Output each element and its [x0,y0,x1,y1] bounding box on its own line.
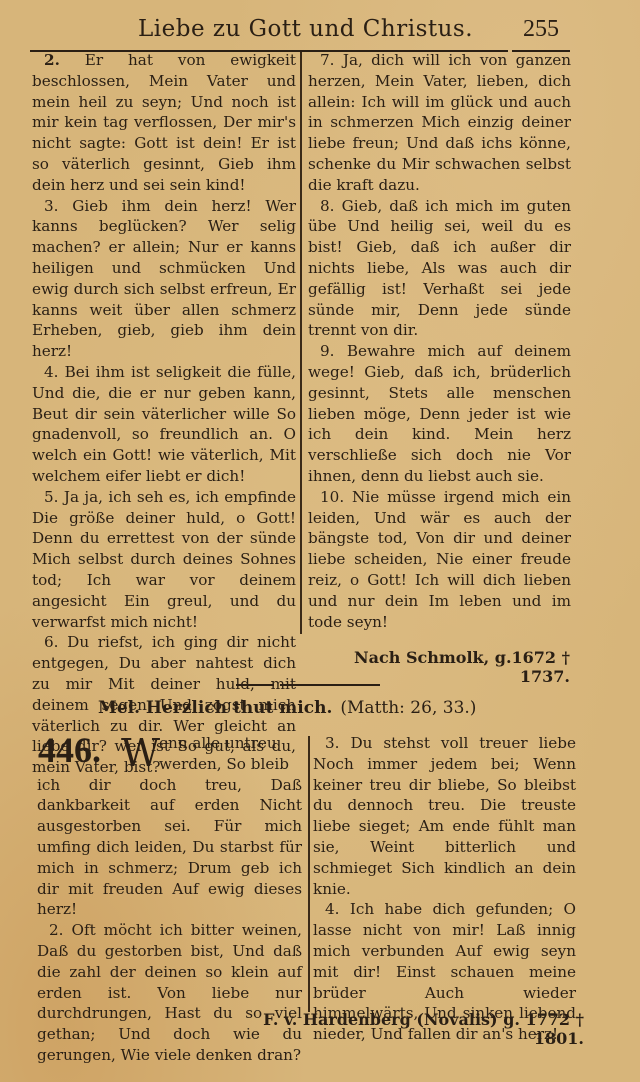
running-header: Liebe zu Gott und Christus. 255 [0,6,640,50]
column-divider [308,736,310,1012]
verse-text: Ja ja, ich seh es, ich empfinde Die größ… [32,488,296,631]
verse-number: 9. [320,342,335,360]
verse: 7. Ja, dich will ich von ganzen herzen, … [308,50,571,196]
verse-number: 6. [44,633,59,651]
verse: 10. Nie müsse irgend mich ein leiden, Un… [308,487,571,633]
melody-line: Mel. Herzlich thut mich.(Matth: 26, 33.) [98,698,476,718]
verse-number: 2. [49,921,64,939]
hymn-445-attribution: Nach Schmolk, g.1672 † 1737. [318,648,570,686]
verse-number: 3. [325,734,340,752]
verse-1-line-2: werden, So bleib [37,754,302,775]
verse-number: 8. [320,197,335,215]
verse-number: 3. [44,197,59,215]
section-separator [280,684,380,686]
verse-text: Bei ihm ist seligkeit die fülle, Und die… [32,363,296,485]
verse-number: 7. [320,51,335,69]
verse-number: 2. [44,51,60,69]
verse: 5. Ja ja, ich seh es, ich empfinde Die g… [32,487,296,633]
column-right-hymn-445: 7. Ja, dich will ich von ganzen herzen, … [308,50,571,632]
verse: 8. Gieb, daß ich mich im guten übe Und h… [308,196,571,342]
section-separator [236,684,274,686]
verse: 9. Bewahre mich auf deinem wege! Gieb, d… [308,341,571,487]
verse-number: 5. [44,488,59,506]
hymnal-page: Liebe zu Gott und Christus. 255 2. Er ha… [0,0,640,1082]
verse: 2. Er hat von ewigkeit beschlossen, Mein… [32,50,296,196]
page-number: 255 [523,16,559,43]
verse-number: 4. [325,900,340,918]
verse: 3. Du stehst voll treuer liebe Noch imme… [313,733,576,899]
verse-text: Nie müsse irgend mich ein leiden, Und wä… [308,488,571,631]
verse-1-line-1: enn alle untreu [37,733,302,754]
verse-text: Bewahre mich auf deinem wege! Gieb, daß … [308,342,571,485]
verse-text: ich dir doch treu, Daß dankbarkeit auf e… [37,775,302,921]
verse-text: Gieb ihm dein herz! Wer kanns beglücken?… [32,197,296,361]
scripture-reference: (Matth: 26, 33.) [340,698,476,718]
verse-text: Du stehst voll treuer liebe Noch immer j… [313,734,576,898]
verse-number: 10. [320,488,344,506]
melody-name: Mel. Herzlich thut mich. [98,698,332,718]
column-divider [300,52,302,634]
verse-text: Ja, dich will ich von ganzen herzen, Mei… [308,51,571,194]
verse: 4. Bei ihm ist seligkeit die fülle, Und … [32,362,296,487]
column-right-hymn-446: 3. Du stehst voll treuer liebe Noch imme… [313,733,576,1045]
hymn-446-attribution: F. v. Hardenberg (Novalis) g. 1772 † 180… [230,1010,584,1048]
verse: 3. Gieb ihm dein herz! Wer kanns beglück… [32,196,296,362]
verse-text: Er hat von ewigkeit beschlossen, Mein Va… [32,51,296,194]
verse-text: Gieb, daß ich mich im guten übe Und heil… [308,197,571,340]
running-title: Liebe zu Gott und Christus. [138,16,473,42]
verse-number: 4. [44,363,59,381]
column-left-hymn-445: 2. Er hat von ewigkeit beschlossen, Mein… [32,50,296,778]
